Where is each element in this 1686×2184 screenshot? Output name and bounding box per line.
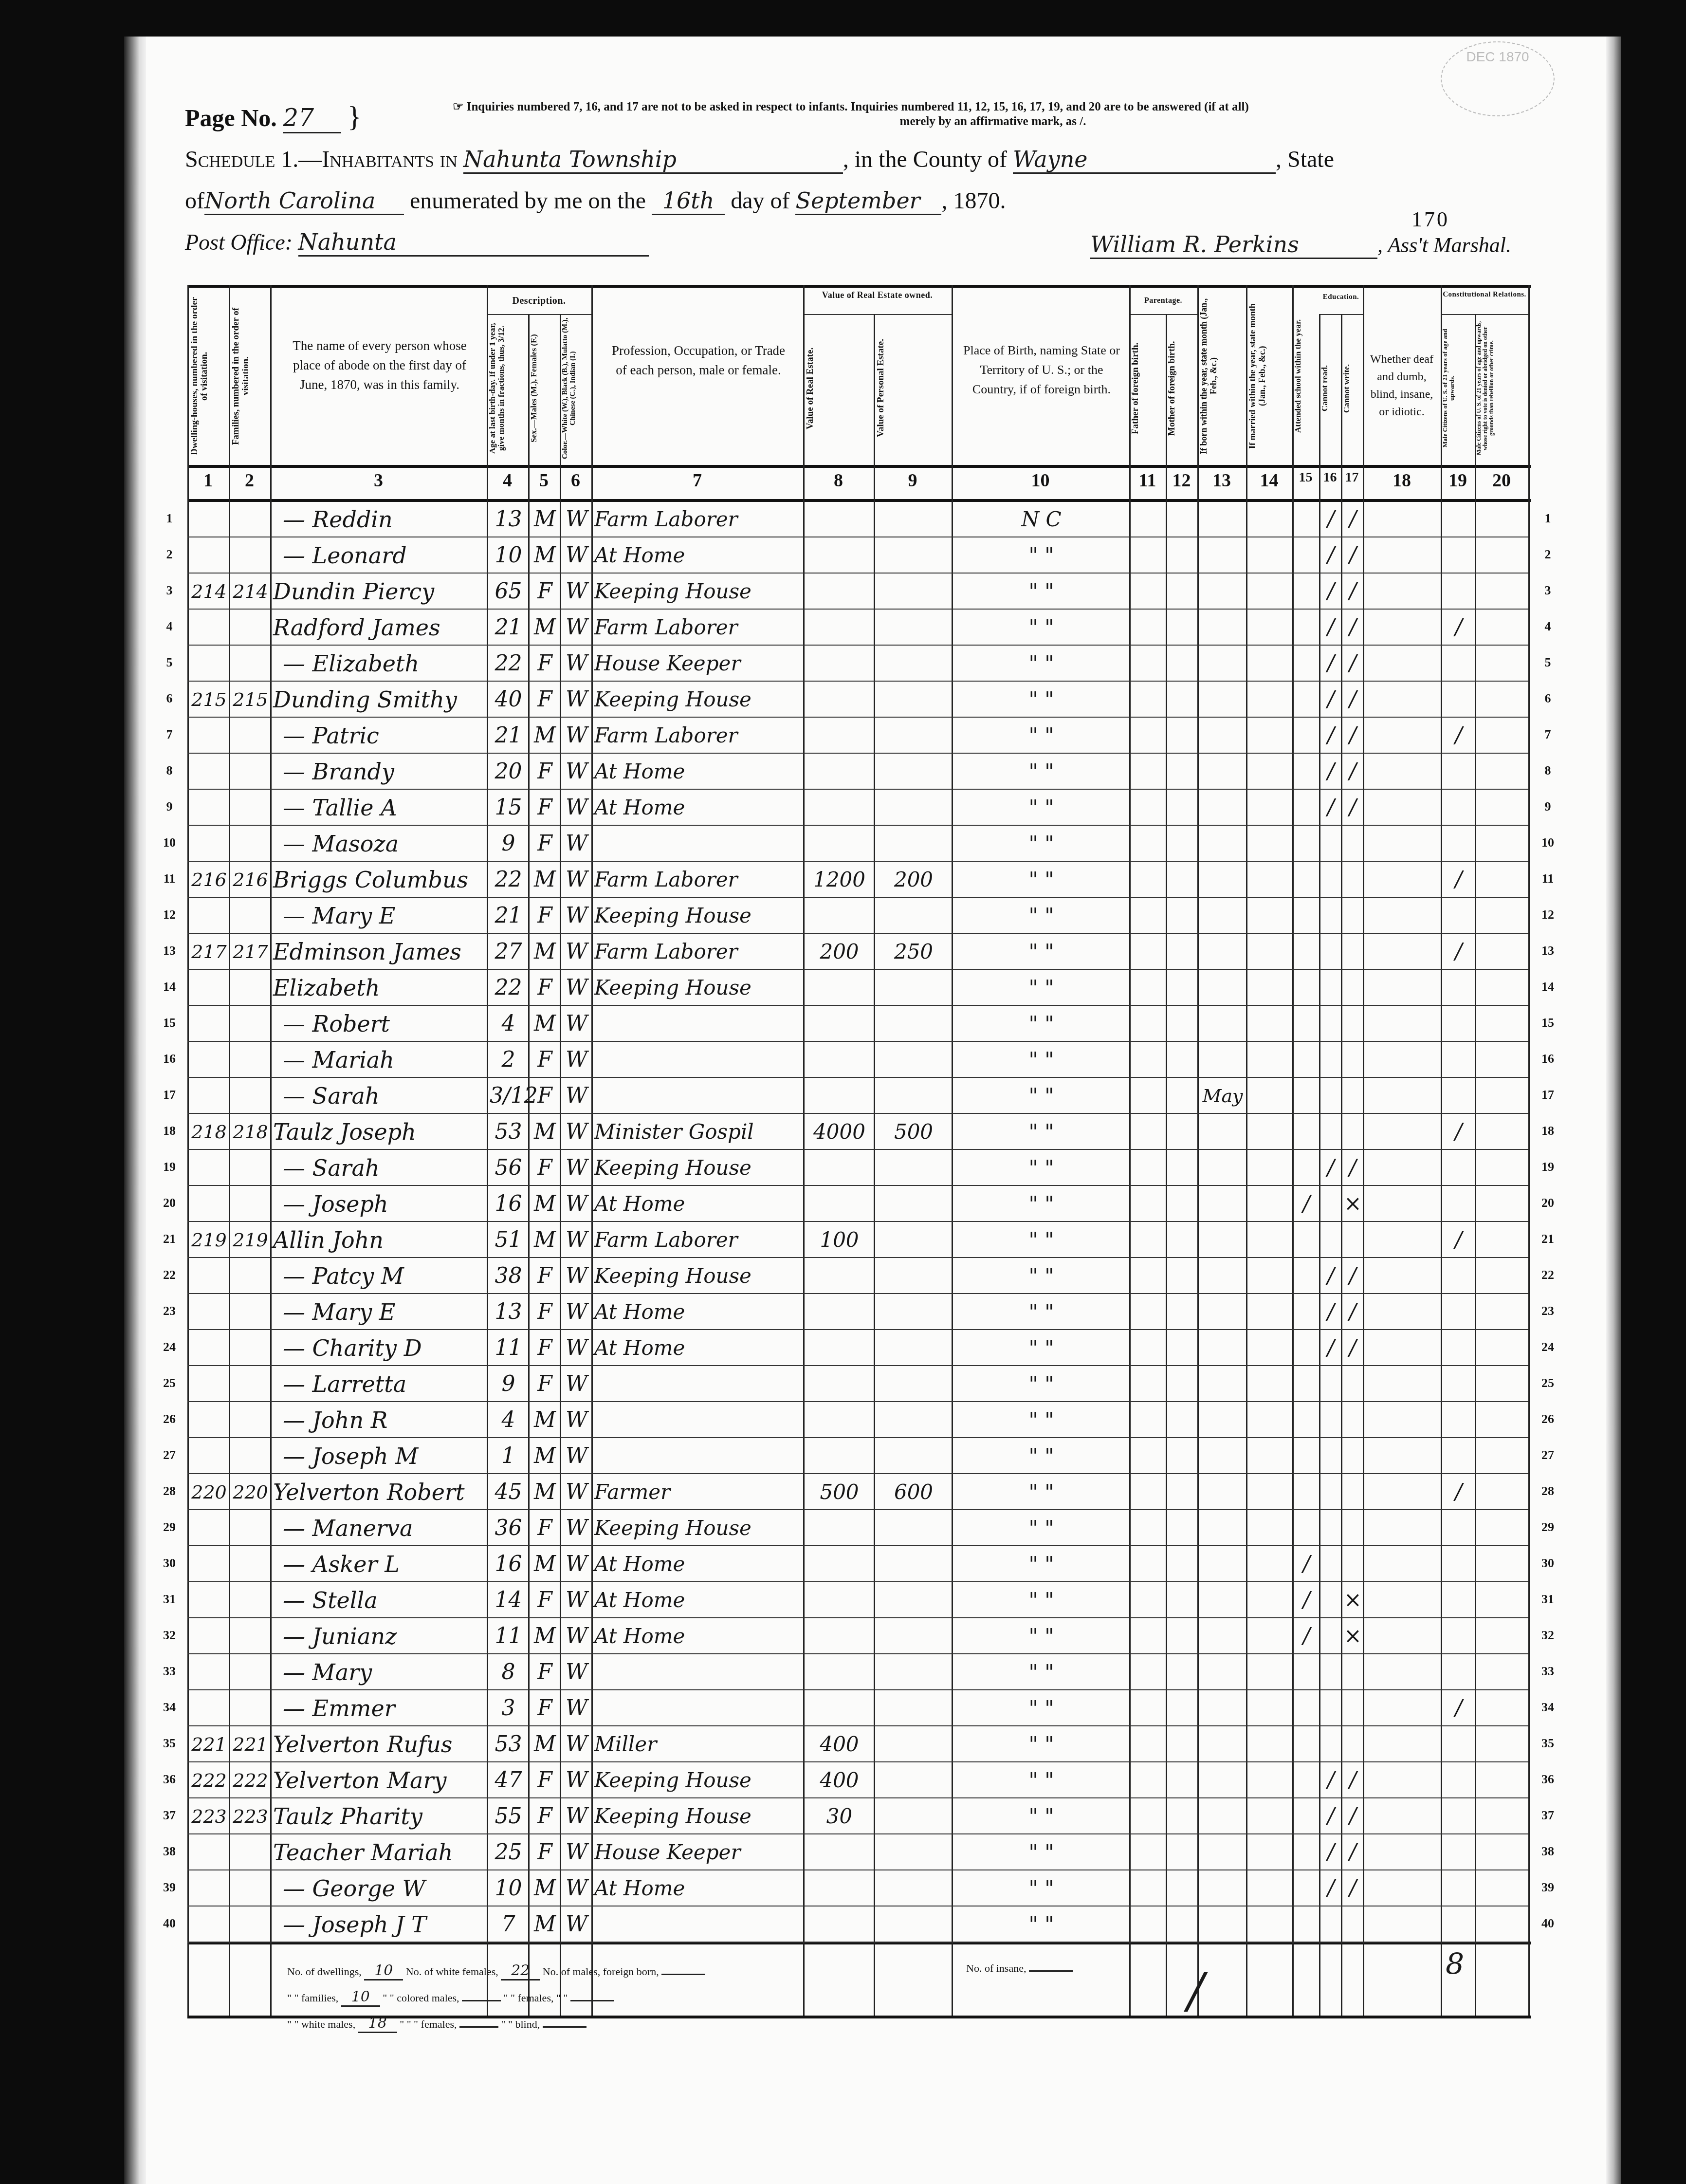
column-number-4: 4 — [487, 470, 528, 491]
occupation: Keeping House — [594, 1762, 802, 1798]
sex: F — [531, 1834, 559, 1870]
col19-header: Male Citizens of U. S. of 21 years of ag… — [1442, 316, 1474, 460]
real-estate-value: 500 — [806, 1474, 873, 1510]
column-rule — [803, 285, 805, 2016]
occupation: Keeping House — [594, 574, 802, 610]
color: W — [563, 1582, 590, 1618]
birthplace: " " — [954, 1798, 1128, 1834]
birthplace: " " — [954, 1546, 1128, 1582]
cannot-write-mark: / — [1344, 1870, 1362, 1906]
parentage-group-header: Parentage. — [1129, 295, 1197, 307]
cannot-read-mark: / — [1322, 501, 1340, 537]
column-number-6: 6 — [560, 470, 591, 491]
age: 7 — [490, 1906, 527, 1943]
birthplace: N C — [954, 501, 1128, 537]
cannot-read-mark: / — [1322, 1330, 1340, 1366]
page-number: 27 — [283, 104, 341, 133]
line-number-right: 26 — [1533, 1412, 1562, 1426]
cannot-write-mark: / — [1344, 574, 1362, 610]
color: W — [563, 1222, 590, 1258]
color: W — [563, 1258, 590, 1294]
color: W — [563, 1330, 590, 1366]
age: 53 — [490, 1726, 527, 1762]
person-name: — Robert — [273, 1006, 495, 1042]
person-name: Elizabeth — [273, 970, 486, 1006]
occupation: Miller — [594, 1726, 802, 1762]
sex: F — [531, 1510, 559, 1546]
line-number-right: 19 — [1533, 1160, 1562, 1174]
cannot-write-mark: / — [1344, 1330, 1362, 1366]
color: W — [563, 1906, 590, 1943]
age: 20 — [490, 754, 527, 790]
attended-school-mark: / — [1295, 1546, 1318, 1582]
line-number-right: 31 — [1533, 1592, 1562, 1607]
cannot-write-mark: / — [1344, 501, 1362, 537]
line-number-left: 12 — [155, 907, 184, 922]
cannot-read-mark: / — [1322, 537, 1340, 574]
line-number-right: 27 — [1533, 1448, 1562, 1462]
occupation: Keeping House — [594, 970, 802, 1006]
sex: F — [531, 970, 559, 1006]
color: W — [563, 1366, 590, 1402]
attended-school-mark: / — [1295, 1618, 1318, 1654]
sex: M — [531, 1186, 559, 1222]
township-field: Nahunta Township — [463, 146, 843, 174]
cannot-read-mark: / — [1322, 790, 1340, 826]
column-rule — [1441, 285, 1442, 2016]
page-label: Page No. — [185, 104, 277, 131]
column-rule — [952, 285, 953, 2016]
occupation: At Home — [594, 1582, 802, 1618]
post-office-field: Nahunta — [298, 229, 649, 257]
person-name: Allin John — [273, 1222, 486, 1258]
line-number-left: 1 — [155, 511, 184, 526]
column-rule — [1341, 314, 1342, 2016]
post-office-line: Post Office: Nahunta — [185, 229, 649, 257]
sex: F — [531, 1294, 559, 1330]
column-rule — [229, 285, 230, 2016]
sex: M — [531, 934, 559, 970]
age: 2 — [490, 1042, 527, 1078]
age: 38 — [490, 1258, 527, 1294]
birthplace: " " — [954, 1150, 1128, 1186]
age: 22 — [490, 862, 527, 898]
col4-header: Age at last birth-day. If under 1 year, … — [488, 316, 527, 460]
column-number-13: 13 — [1197, 470, 1246, 491]
line-number-right: 22 — [1533, 1268, 1562, 1282]
color: W — [563, 1042, 590, 1078]
families-count: 10 — [341, 1988, 380, 2007]
header-bottom-rule — [187, 465, 1531, 468]
line-number-left: 21 — [155, 1232, 184, 1246]
color: W — [563, 1294, 590, 1330]
sex: F — [531, 1078, 559, 1114]
dwelling-number: 221 — [190, 1726, 228, 1762]
occupation: House Keeper — [594, 1834, 802, 1870]
column-rule — [1528, 285, 1530, 2016]
age: 4 — [490, 1402, 527, 1438]
birthplace: " " — [954, 610, 1128, 646]
line-number-left: 22 — [155, 1268, 184, 1282]
line-number-left: 17 — [155, 1088, 184, 1102]
color: W — [563, 1474, 590, 1510]
col1-header: Dwelling-houses, numbered in the order o… — [190, 292, 226, 460]
book-binding — [124, 37, 146, 2184]
white-males-count: 18 — [358, 2015, 397, 2033]
occupation: Keeping House — [594, 1258, 802, 1294]
age: 21 — [490, 718, 527, 754]
occupation: Farm Laborer — [594, 862, 802, 898]
insane-summary: No. of insane, — [966, 1962, 1073, 1975]
real-estate-value: 200 — [806, 934, 873, 970]
attended-school-mark: / — [1295, 1186, 1318, 1222]
occupation: At Home — [594, 790, 802, 826]
col12-header: Mother of foreign birth. — [1167, 316, 1196, 460]
birthplace: " " — [954, 1762, 1128, 1798]
color: W — [563, 646, 590, 682]
color: W — [563, 826, 590, 862]
color: W — [563, 790, 590, 826]
age: 40 — [490, 682, 527, 718]
family-number: 223 — [232, 1798, 269, 1834]
person-name: — Emmer — [273, 1690, 495, 1726]
dwelling-number: 218 — [190, 1114, 228, 1150]
column-rule — [560, 314, 561, 2016]
family-number: 220 — [232, 1474, 269, 1510]
line-number-left: 23 — [155, 1304, 184, 1318]
family-number: 218 — [232, 1114, 269, 1150]
sex: M — [531, 501, 559, 537]
birthplace: " " — [954, 1402, 1128, 1438]
age: 10 — [490, 1870, 527, 1906]
person-name: — Leonard — [273, 537, 495, 574]
line-number-right: 35 — [1533, 1736, 1562, 1751]
age: 22 — [490, 646, 527, 682]
age: 51 — [490, 1222, 527, 1258]
person-name: — Patcy M — [273, 1258, 495, 1294]
person-name: Dundin Piercy — [273, 574, 486, 610]
county-field: Wayne — [1013, 146, 1276, 174]
marshal-signature: William R. Perkins — [1090, 231, 1377, 259]
real-estate-value: 400 — [806, 1726, 873, 1762]
line-number-right: 6 — [1533, 691, 1562, 706]
sex: M — [531, 1402, 559, 1438]
description-group-rule — [487, 314, 591, 315]
personal-estate-value: 500 — [877, 1114, 951, 1150]
line-number-right: 12 — [1533, 907, 1562, 922]
line-number-right: 20 — [1533, 1196, 1562, 1210]
occupation: Minister Gospil — [594, 1114, 802, 1150]
line-number-left: 10 — [155, 835, 184, 850]
line-number-left: 33 — [155, 1664, 184, 1679]
occupation: Farm Laborer — [594, 501, 802, 537]
dwelling-number: 217 — [190, 934, 228, 970]
line-number-right: 24 — [1533, 1340, 1562, 1354]
column-number-5: 5 — [528, 470, 560, 491]
family-number: 219 — [232, 1222, 269, 1258]
sex: M — [531, 1870, 559, 1906]
color: W — [563, 1690, 590, 1726]
line-number-left: 24 — [155, 1340, 184, 1354]
person-name: Teacher Mariah — [273, 1834, 486, 1870]
cannot-write-mark: × — [1344, 1582, 1362, 1618]
person-name: — Junianz — [273, 1618, 495, 1654]
col19-total: 8 — [1446, 1947, 1464, 1981]
age: 4 — [490, 1006, 527, 1042]
age: 21 — [490, 898, 527, 934]
color: W — [563, 1402, 590, 1438]
age: 8 — [490, 1654, 527, 1690]
cannot-read-mark: / — [1322, 754, 1340, 790]
color: W — [563, 1870, 590, 1906]
color: W — [563, 718, 590, 754]
cannot-read-mark: / — [1322, 574, 1340, 610]
line-number-left: 11 — [155, 871, 184, 886]
age: 27 — [490, 934, 527, 970]
females-foreign-count — [570, 2000, 614, 2001]
line-number-right: 39 — [1533, 1880, 1562, 1895]
line-number-left: 6 — [155, 691, 184, 706]
cannot-read-mark: / — [1322, 682, 1340, 718]
sex: F — [531, 1654, 559, 1690]
cannot-write-mark: / — [1344, 610, 1362, 646]
birthplace: " " — [954, 1870, 1128, 1906]
line-number-left: 37 — [155, 1808, 184, 1823]
line-number-left: 7 — [155, 727, 184, 742]
sex: M — [531, 1222, 559, 1258]
column-rule — [528, 314, 530, 2016]
male-citizen-mark: / — [1444, 862, 1474, 898]
age: 15 — [490, 790, 527, 826]
sex: M — [531, 862, 559, 898]
person-name: Edminson James — [273, 934, 486, 970]
dwelling-number: 214 — [190, 574, 228, 610]
line-number-left: 2 — [155, 547, 184, 562]
value-group-rule — [803, 314, 952, 315]
birthplace: " " — [954, 1366, 1128, 1402]
person-name: — Joseph M — [273, 1438, 495, 1474]
cannot-read-mark: / — [1322, 1834, 1340, 1870]
birthplace: " " — [954, 934, 1128, 970]
age: 13 — [490, 1294, 527, 1330]
line-number-left: 30 — [155, 1556, 184, 1571]
line-number-right: 25 — [1533, 1376, 1562, 1390]
birthplace: " " — [954, 1474, 1128, 1510]
line-number-right: 16 — [1533, 1052, 1562, 1066]
person-name: — Stella — [273, 1582, 495, 1618]
sex: F — [531, 1150, 559, 1186]
age: 25 — [490, 1834, 527, 1870]
col14-header: If married within the year, state month … — [1247, 292, 1291, 460]
occupation: Farm Laborer — [594, 934, 802, 970]
color: W — [563, 970, 590, 1006]
sex: M — [531, 1114, 559, 1150]
birthplace: " " — [954, 574, 1128, 610]
cannot-write-mark: / — [1344, 1798, 1362, 1834]
male-citizen-mark: / — [1444, 1222, 1474, 1258]
real-estate-value: 4000 — [806, 1114, 873, 1150]
birthplace: " " — [954, 1186, 1128, 1222]
line-number-left: 26 — [155, 1412, 184, 1426]
occupation: Farm Laborer — [594, 1222, 802, 1258]
family-number: 222 — [232, 1762, 269, 1798]
column-number-17: 17 — [1341, 470, 1363, 485]
male-citizen-mark: / — [1444, 1474, 1474, 1510]
birthplace: " " — [954, 718, 1128, 754]
age: 9 — [490, 1366, 527, 1402]
sex: F — [531, 1258, 559, 1294]
male-citizen-mark: / — [1444, 718, 1474, 754]
person-name: — Masoza — [273, 826, 495, 862]
person-name: Radford James — [273, 610, 486, 646]
line-number-left: 35 — [155, 1736, 184, 1751]
age: 1 — [490, 1438, 527, 1474]
line-number-left: 34 — [155, 1700, 184, 1715]
cannot-read-mark: / — [1322, 646, 1340, 682]
instructions: ☞ Inquiries numbered 7, 16, and 17 are n… — [453, 100, 1533, 129]
page-edge — [1606, 37, 1621, 2184]
sex: M — [531, 1546, 559, 1582]
column-number-1: 1 — [187, 470, 229, 491]
line-number-left: 4 — [155, 619, 184, 634]
cannot-read-mark: / — [1322, 1258, 1340, 1294]
cannot-read-mark: / — [1322, 1150, 1340, 1186]
birthplace: " " — [954, 826, 1128, 862]
column-number-3: 3 — [270, 470, 487, 491]
col16-header: Cannot read. — [1320, 316, 1340, 460]
sex: F — [531, 754, 559, 790]
color: W — [563, 1006, 590, 1042]
person-name: — Brandy — [273, 754, 495, 790]
blind-count — [543, 2026, 586, 2028]
col6-header: Color.—White (W.), Black (B.), Mulatto (… — [561, 316, 590, 460]
color: W — [563, 1798, 590, 1834]
age: 21 — [490, 610, 527, 646]
col7-header: Profession, Occupation, or Trade of each… — [608, 341, 788, 380]
column-number-7: 7 — [591, 470, 803, 491]
sex: M — [531, 718, 559, 754]
person-name: — Elizabeth — [273, 646, 495, 682]
constitutional-group-rule — [1441, 314, 1528, 315]
line-number-right: 23 — [1533, 1304, 1562, 1318]
birthplace: " " — [954, 682, 1128, 718]
birthplace: " " — [954, 1114, 1128, 1150]
age: 13 — [490, 501, 527, 537]
male-citizen-mark: / — [1444, 610, 1474, 646]
line-number-left: 28 — [155, 1484, 184, 1499]
attended-school-mark: / — [1295, 1582, 1318, 1618]
sex: F — [531, 1762, 559, 1798]
real-estate-value: 100 — [806, 1222, 873, 1258]
occupation: Keeping House — [594, 682, 802, 718]
dwelling-number: 222 — [190, 1762, 228, 1798]
col5-header: Sex.—Males (M.), Females (F.) — [530, 316, 559, 460]
line-number-left: 15 — [155, 1016, 184, 1030]
person-name: Taulz Joseph — [273, 1114, 486, 1150]
line-number-left: 18 — [155, 1124, 184, 1138]
line-number-left: 39 — [155, 1880, 184, 1895]
sex: F — [531, 898, 559, 934]
color: W — [563, 1438, 590, 1474]
real-estate-value: 400 — [806, 1762, 873, 1798]
occupation: Farmer — [594, 1474, 802, 1510]
column-number-8: 8 — [803, 470, 874, 491]
cannot-read-mark: / — [1322, 1294, 1340, 1330]
line-number-left: 8 — [155, 763, 184, 778]
real-estate-value: 30 — [806, 1798, 873, 1834]
occupation: At Home — [594, 1618, 802, 1654]
column-number-14: 14 — [1246, 470, 1292, 491]
column-number-12: 12 — [1166, 470, 1197, 491]
family-number: 217 — [232, 934, 269, 970]
occupation: House Keeper — [594, 646, 802, 682]
cannot-write-mark: / — [1344, 1834, 1362, 1870]
col9-header: Value of Personal Estate. — [876, 316, 949, 460]
family-number: 214 — [232, 574, 269, 610]
colored-females-count — [459, 2026, 498, 2028]
cannot-read-mark: / — [1322, 1870, 1340, 1906]
line-number-left: 38 — [155, 1844, 184, 1859]
color: W — [563, 1546, 590, 1582]
occupation: At Home — [594, 537, 802, 574]
column-number-19: 19 — [1441, 470, 1475, 491]
age: 53 — [490, 1114, 527, 1150]
line-number-right: 2 — [1533, 547, 1562, 562]
age: 3/12 — [490, 1078, 527, 1114]
line-number-right: 33 — [1533, 1664, 1562, 1679]
color: W — [563, 862, 590, 898]
birthplace: " " — [954, 1078, 1128, 1114]
male-citizen-mark: / — [1444, 1690, 1474, 1726]
birthplace: " " — [954, 646, 1128, 682]
personal-estate-value: 600 — [877, 1474, 951, 1510]
age: 3 — [490, 1690, 527, 1726]
occupation: At Home — [594, 1186, 802, 1222]
cannot-write-mark: / — [1344, 646, 1362, 682]
birthplace: " " — [954, 1654, 1128, 1690]
sex: M — [531, 1906, 559, 1943]
dwelling-number: 220 — [190, 1474, 228, 1510]
enumeration-line: ofNorth Carolina enumerated by me on the… — [185, 187, 1499, 215]
col11-header: Father of foreign birth. — [1131, 316, 1165, 460]
color: W — [563, 754, 590, 790]
color: W — [563, 1114, 590, 1150]
occupation: At Home — [594, 754, 802, 790]
person-name: — Sarah — [273, 1078, 495, 1114]
age: 9 — [490, 826, 527, 862]
real-estate-value: 1200 — [806, 862, 873, 898]
dwelling-number: 215 — [190, 682, 228, 718]
birthplace: " " — [954, 1510, 1128, 1546]
birthplace: " " — [954, 537, 1128, 574]
age: 14 — [490, 1582, 527, 1618]
col18-header: Whether deaf and dumb, blind, insane, or… — [1365, 351, 1438, 421]
column-number-2: 2 — [229, 470, 270, 491]
line-number-right: 14 — [1533, 980, 1562, 994]
sex: M — [531, 1438, 559, 1474]
white-females-count: 22 — [501, 1962, 540, 1980]
occupation: At Home — [594, 1546, 802, 1582]
line-number-right: 4 — [1533, 619, 1562, 634]
sex: F — [531, 826, 559, 862]
column-rule — [1319, 314, 1320, 2016]
sheet-number: 170 — [1411, 207, 1449, 232]
column-rule — [1197, 285, 1199, 2016]
age: 22 — [490, 970, 527, 1006]
line-number-left: 36 — [155, 1772, 184, 1787]
dwelling-number: 223 — [190, 1798, 228, 1834]
birthplace: " " — [954, 754, 1128, 790]
